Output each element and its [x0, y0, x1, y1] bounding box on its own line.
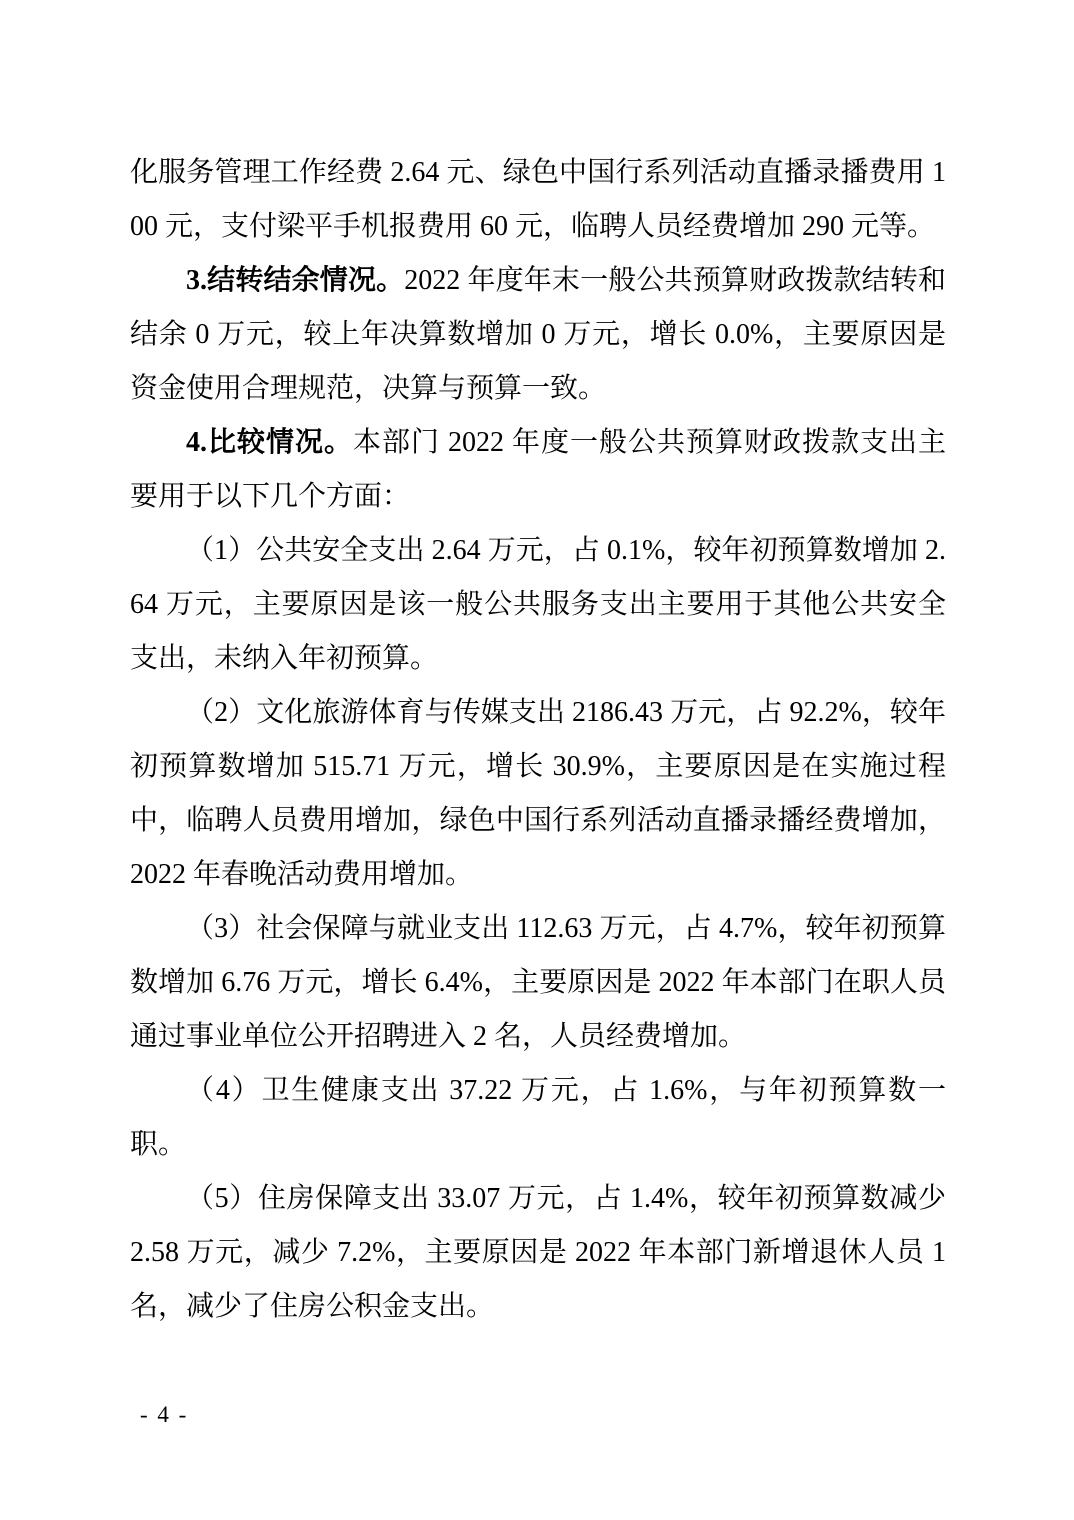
paragraph-item-1-public-safety: （1）公共安全支出 2.64 万元，占 0.1%，较年初预算数增加 2.64 万… [130, 524, 946, 686]
paragraph-item-3-social-security: （3）社会保障与就业支出 112.63 万元，占 4.7%，较年初预算数增加 6… [130, 902, 946, 1064]
section-heading-3: 3.结转结余情况。 [186, 265, 404, 296]
paragraph-item-2-culture-tourism: （2）文化旅游体育与传媒支出 2186.43 万元，占 92.2%，较年初预算数… [130, 686, 946, 902]
document-page: 化服务管理工作经费 2.64 元、绿色中国行系列活动直播录播费用 100 元，支… [0, 0, 1074, 1520]
paragraph-text: （3）社会保障与就业支出 112.63 万元，占 4.7%，较年初预算数增加 6… [130, 913, 946, 1052]
paragraph-text: （5）住房保障支出 33.07 万元，占 1.4%，较年初预算数减少 2.58 … [130, 1183, 946, 1322]
paragraph-carryover-balance: 3.结转结余情况。2022 年度年末一般公共预算财政拨款结转和结余 0 万元，较… [130, 254, 946, 416]
paragraph-comparison-intro: 4.比较情况。本部门 2022 年度一般公共预算财政拨款支出主要用于以下几个方面… [130, 416, 946, 524]
paragraph-text: （2）文化旅游体育与传媒支出 2186.43 万元，占 92.2%，较年初预算数… [130, 697, 946, 890]
paragraph-text: （1）公共安全支出 2.64 万元，占 0.1%，较年初预算数增加 2.64 万… [130, 535, 946, 674]
section-heading-4: 4.比较情况。 [186, 427, 353, 458]
page-number: - 4 - [140, 1400, 188, 1430]
paragraph-item-5-housing: （5）住房保障支出 33.07 万元，占 1.4%，较年初预算数减少 2.58 … [130, 1172, 946, 1334]
paragraph-item-4-health: （4）卫生健康支出 37.22 万元，占 1.6%，与年初预算数一职。 [130, 1064, 946, 1172]
paragraph-text: 化服务管理工作经费 2.64 元、绿色中国行系列活动直播录播费用 100 元，支… [130, 157, 946, 242]
body-text: 化服务管理工作经费 2.64 元、绿色中国行系列活动直播录播费用 100 元，支… [130, 146, 946, 1334]
paragraph-spillover-expense-detail: 化服务管理工作经费 2.64 元、绿色中国行系列活动直播录播费用 100 元，支… [130, 146, 946, 254]
paragraph-text: （4）卫生健康支出 37.22 万元，占 1.6%，与年初预算数一职。 [130, 1075, 946, 1160]
